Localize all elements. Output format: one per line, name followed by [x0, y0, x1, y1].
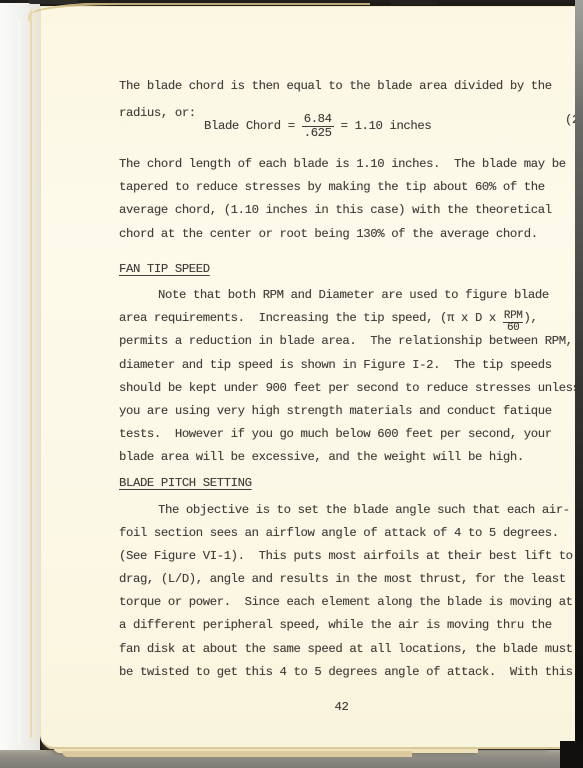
blade-chord-formula: Blade Chord = 6.84 .625 = 1.10 inches	[204, 107, 431, 145]
scanner-top-smudge	[28, 0, 78, 4]
text-line: (See Figure VI-1). This puts most airfoi…	[119, 545, 573, 568]
text-line: The chord length of each blade is 1.10 i…	[119, 153, 566, 176]
paragraph-blade-pitch-setting: The objective is to set the blade angle …	[119, 499, 573, 684]
section-heading-fan-tip-speed: FAN TIP SPEED	[119, 259, 210, 279]
text-line: The blade chord is then equal to the bla…	[119, 73, 552, 100]
scanner-corner-mark	[560, 741, 583, 768]
text-line: tests. However if you go much below 600 …	[119, 423, 580, 446]
text-line: fan disk at about the same speed at all …	[119, 638, 573, 661]
text-line: tapered to reduce stresses by making the…	[119, 176, 566, 199]
scanner-top-mark	[390, 0, 438, 5]
under-page-edge-line	[18, 20, 20, 744]
text-line: permits a reduction in blade area. The r…	[119, 330, 580, 353]
formula-result: = 1.10 inches	[334, 119, 432, 133]
under-page-stack-edge	[62, 751, 412, 757]
text-line: torque or power. Since each element alon…	[119, 591, 573, 614]
text-segment: ),	[523, 311, 537, 325]
page-left-edge-line	[34, 7, 36, 741]
text-line: average chord, (1.10 inches in this case…	[119, 199, 566, 222]
fraction-denominator: .625	[304, 127, 332, 140]
text-line: a different peripheral speed, while the …	[119, 614, 573, 637]
text-line: diameter and tip speed is shown in Figur…	[119, 354, 580, 377]
document-page: The blade chord is then equal to the bla…	[40, 6, 578, 749]
under-page-top-corner-edge	[28, 2, 370, 21]
text-line: foil section sees an airflow angle of at…	[119, 522, 573, 545]
text-line: be twisted to get this 4 to 5 degrees an…	[119, 661, 573, 684]
formula-label: Blade Chord =	[204, 119, 302, 133]
under-page-edge-line	[9, 40, 11, 740]
text-line: blade area will be excessive, and the we…	[119, 446, 580, 469]
fraction-numerator: 6.84	[302, 113, 334, 127]
paragraph-fan-tip-speed: Note that both RPM and Diameter are used…	[119, 284, 580, 470]
text-line: should be kept under 900 feet per second…	[119, 377, 580, 400]
fraction-numerator: RPM	[503, 311, 524, 323]
page-left-edge-line	[30, 10, 32, 738]
scanner-top-edge	[0, 0, 583, 3]
text-line: The objective is to set the blade angle …	[119, 499, 573, 522]
text-line: Note that both RPM and Diameter are used…	[119, 284, 580, 307]
text-line: chord at the center or root being 130% o…	[119, 223, 566, 246]
page-number: 42	[119, 697, 564, 717]
section-heading-blade-pitch-setting: BLADE PITCH SETTING	[119, 473, 252, 493]
text-segment: area requirements. Increasing the tip sp…	[119, 311, 503, 325]
paragraph-chord-length: The chord length of each blade is 1.10 i…	[119, 153, 566, 246]
text-line: drag, (L/D), angle and results in the mo…	[119, 568, 573, 591]
text-line: you are using very high strength materia…	[119, 400, 580, 423]
text-line-with-fraction: area requirements. Increasing the tip sp…	[119, 307, 580, 330]
fraction: 6.84 .625	[302, 113, 334, 140]
scanner-right-edge	[575, 0, 583, 768]
